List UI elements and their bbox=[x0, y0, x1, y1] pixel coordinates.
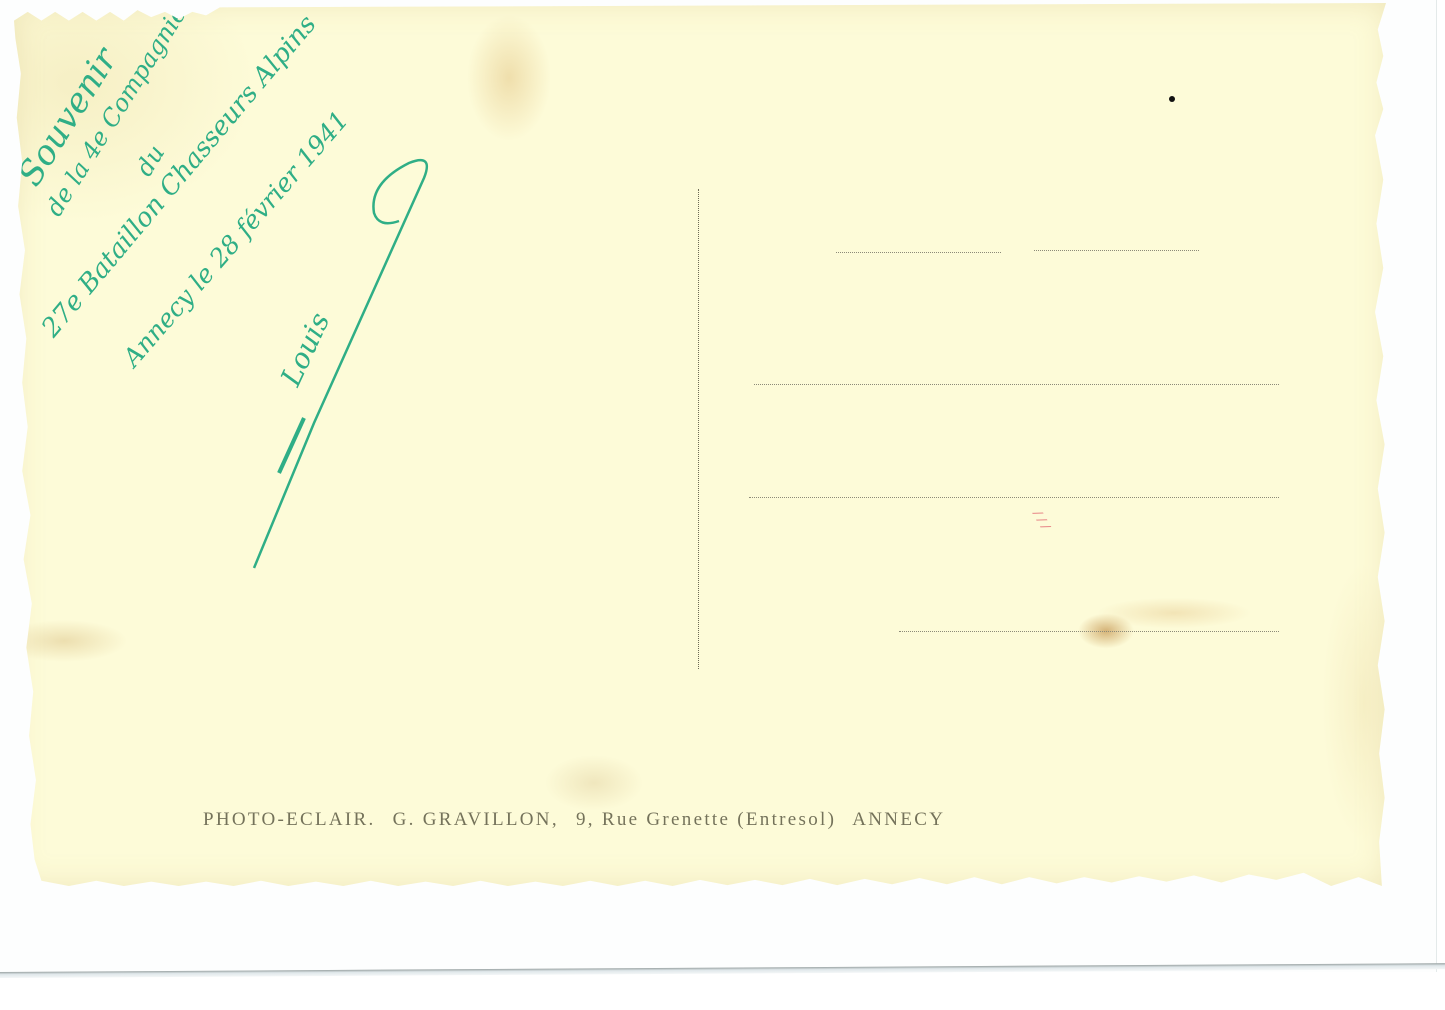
signature-flourish bbox=[14, 3, 1386, 886]
imprint-studio: PHOTO-ECLAIR. bbox=[203, 809, 376, 830]
postcard-back: /// Souvenir de la 4e Compagnie du 27e B… bbox=[14, 3, 1386, 886]
imprint-owner: G. GRAVILLON, bbox=[393, 809, 559, 830]
imprint-city: ANNECY bbox=[852, 809, 945, 830]
photographer-imprint: PHOTO-ECLAIR. G. GRAVILLON, 9, Rue Grene… bbox=[203, 809, 955, 831]
imprint-address: 9, Rue Grenette (Entresol) bbox=[576, 809, 836, 830]
